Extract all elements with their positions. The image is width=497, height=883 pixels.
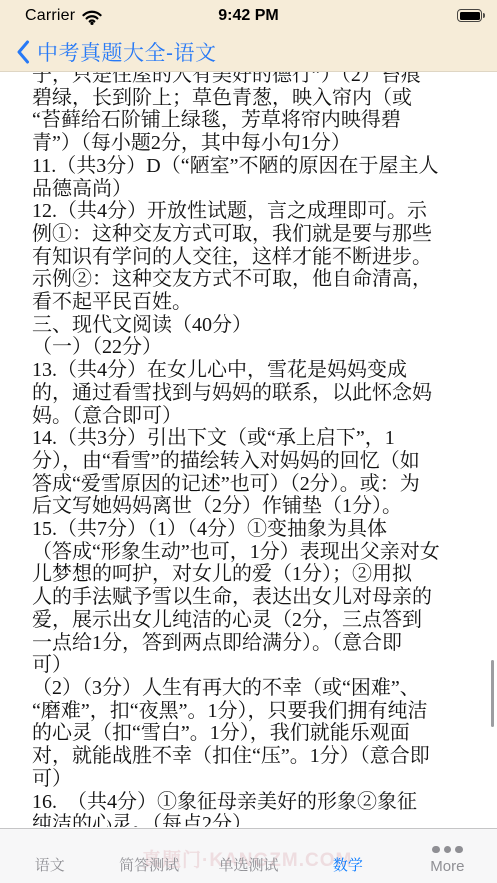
tab-label: 数学 (333, 854, 363, 875)
tab-label: 单选测试 (219, 854, 279, 875)
tab-more[interactable]: More (398, 829, 497, 883)
navigation-bar: 中考真题大全-语文 (0, 32, 497, 72)
content-text-line: “苔藓给石阶铺上绿毯，芳草将帘内映得碧 (32, 109, 497, 132)
tab-danxuan-ceshi[interactable]: 单选测试 (199, 829, 298, 883)
content-text-line: 人的手法赋予雪以生命，表达出女儿对母亲的 (32, 586, 497, 609)
content-text-line: 可） (32, 768, 497, 791)
content-text-line: 答成“爱雪原因的记述”也可）（2分）。或：为 (32, 473, 497, 496)
content-text-line: 12.（共4分）开放性试题，言之成理即可。示 (32, 200, 497, 223)
battery-icon (457, 9, 485, 22)
app-screen: Carrier 9:42 PM 中考真题大全-语文 子，只 (0, 0, 497, 883)
content-text-line: 15.（共7分）（1）（4分）①变抽象为具体 (32, 518, 497, 541)
tab-label: 简答测试 (119, 854, 179, 875)
content-text-line: 分），由“看雪”的描绘转入对妈妈的回忆（如 (32, 450, 497, 473)
content-text-line: 14.（共3分）引出下文（或“承上启下”，1 (32, 427, 497, 450)
content-text-line: 品德高尚） (32, 178, 497, 201)
content-text-line: 碧绿，长到阶上；草色青葱，映入帘内（或 (32, 87, 497, 110)
chevron-left-icon (16, 40, 30, 64)
scrollbar[interactable] (491, 660, 494, 727)
content-text-line: 的心灵（扣“雪白”。1分），我们就能乐观面 (32, 722, 497, 745)
content-text-line: 妈。（意合即可） (32, 405, 497, 428)
tab-yuwen[interactable]: 语文 (0, 829, 99, 883)
content-text-line: 后文写她妈妈离世（2分）作铺垫（1分）。 (32, 495, 497, 518)
tab-label: More (430, 858, 464, 875)
content-text-line: （一）（22分） (32, 336, 497, 359)
content-text-line: 看不起平民百姓。 (32, 291, 497, 314)
content-text-line: 三、现代文阅读（40分） (32, 314, 497, 337)
content-text-line: 11.（共3分）D（“陋室”不陋的原因在于屋主人 (32, 155, 497, 178)
tab-shuxue[interactable]: 数学 (298, 829, 397, 883)
content-text-line: 对，就能战胜不幸（扣住“压”。1分）（意合即 (32, 745, 497, 768)
content-lines: 子，只是住屋的人有美好的德行”）（2）苔痕碧绿，长到阶上；草色青葱，映入帘内（或… (0, 72, 497, 827)
content-text-line: 可） (32, 654, 497, 677)
answer-text-scroll-area[interactable]: 子，只是住屋的人有美好的德行”）（2）苔痕碧绿，长到阶上；草色青葱，映入帘内（或… (0, 72, 497, 827)
content-text-line: 一点给1分，答到两点即给满分）。（意合即 (32, 632, 497, 655)
tab-bar: 真题门·KANGZM.COM 语文 简答测试 单选测试 数学 More (0, 828, 497, 883)
content-text-line: 儿梦想的呵护，对女儿的爱（1分）；②用拟 (32, 563, 497, 586)
content-text-line: “磨难”，扣“夜黑”。1分），只要我们拥有纯洁 (32, 700, 497, 723)
wifi-icon (82, 10, 102, 25)
status-time: 9:42 PM (218, 7, 278, 25)
content-text-line: （2）（3分）人生有再大的不幸（或“困难”、 (32, 677, 497, 700)
more-ellipsis-icon (432, 846, 463, 854)
content-text-line: 13.（共4分）在女儿心中，雪花是妈妈变成 (32, 359, 497, 382)
back-button[interactable]: 中考真题大全-语文 (16, 37, 217, 67)
tab-jianda-ceshi[interactable]: 简答测试 (99, 829, 198, 883)
content-text-line: 的，通过看雪找到与妈妈的联系，以此怀念妈 (32, 382, 497, 405)
status-bar: Carrier 9:42 PM (0, 0, 497, 32)
tab-label: 语文 (35, 854, 65, 875)
carrier-label: Carrier (25, 7, 75, 25)
content-text-line: 例①：这种交友方式可取，我们就是要与那些 (32, 223, 497, 246)
content-text-line: 16. （共4分）①象征母亲美好的形象②象征 (32, 791, 497, 814)
content-text-line: 爱，展示出女儿纯洁的心灵（2分，三点答到 (32, 609, 497, 632)
content-text-line: 子，只是住屋的人有美好的德行”）（2）苔痕 (32, 72, 497, 87)
content-text-line: 纯洁的心灵。（每点2分） (32, 813, 497, 827)
content-text-line: 有知识有学问的人交往，这样才能不断进步。 (32, 246, 497, 269)
content-text-line: （答成“形象生动”也可，1分）表现出父亲对女 (32, 541, 497, 564)
content-text-line: 青”）（每小题2分，其中每小句1分） (32, 132, 497, 155)
content-text-line: 示例②：这种交友方式不可取，他自命清高， (32, 268, 497, 291)
back-button-title: 中考真题大全-语文 (37, 37, 217, 67)
